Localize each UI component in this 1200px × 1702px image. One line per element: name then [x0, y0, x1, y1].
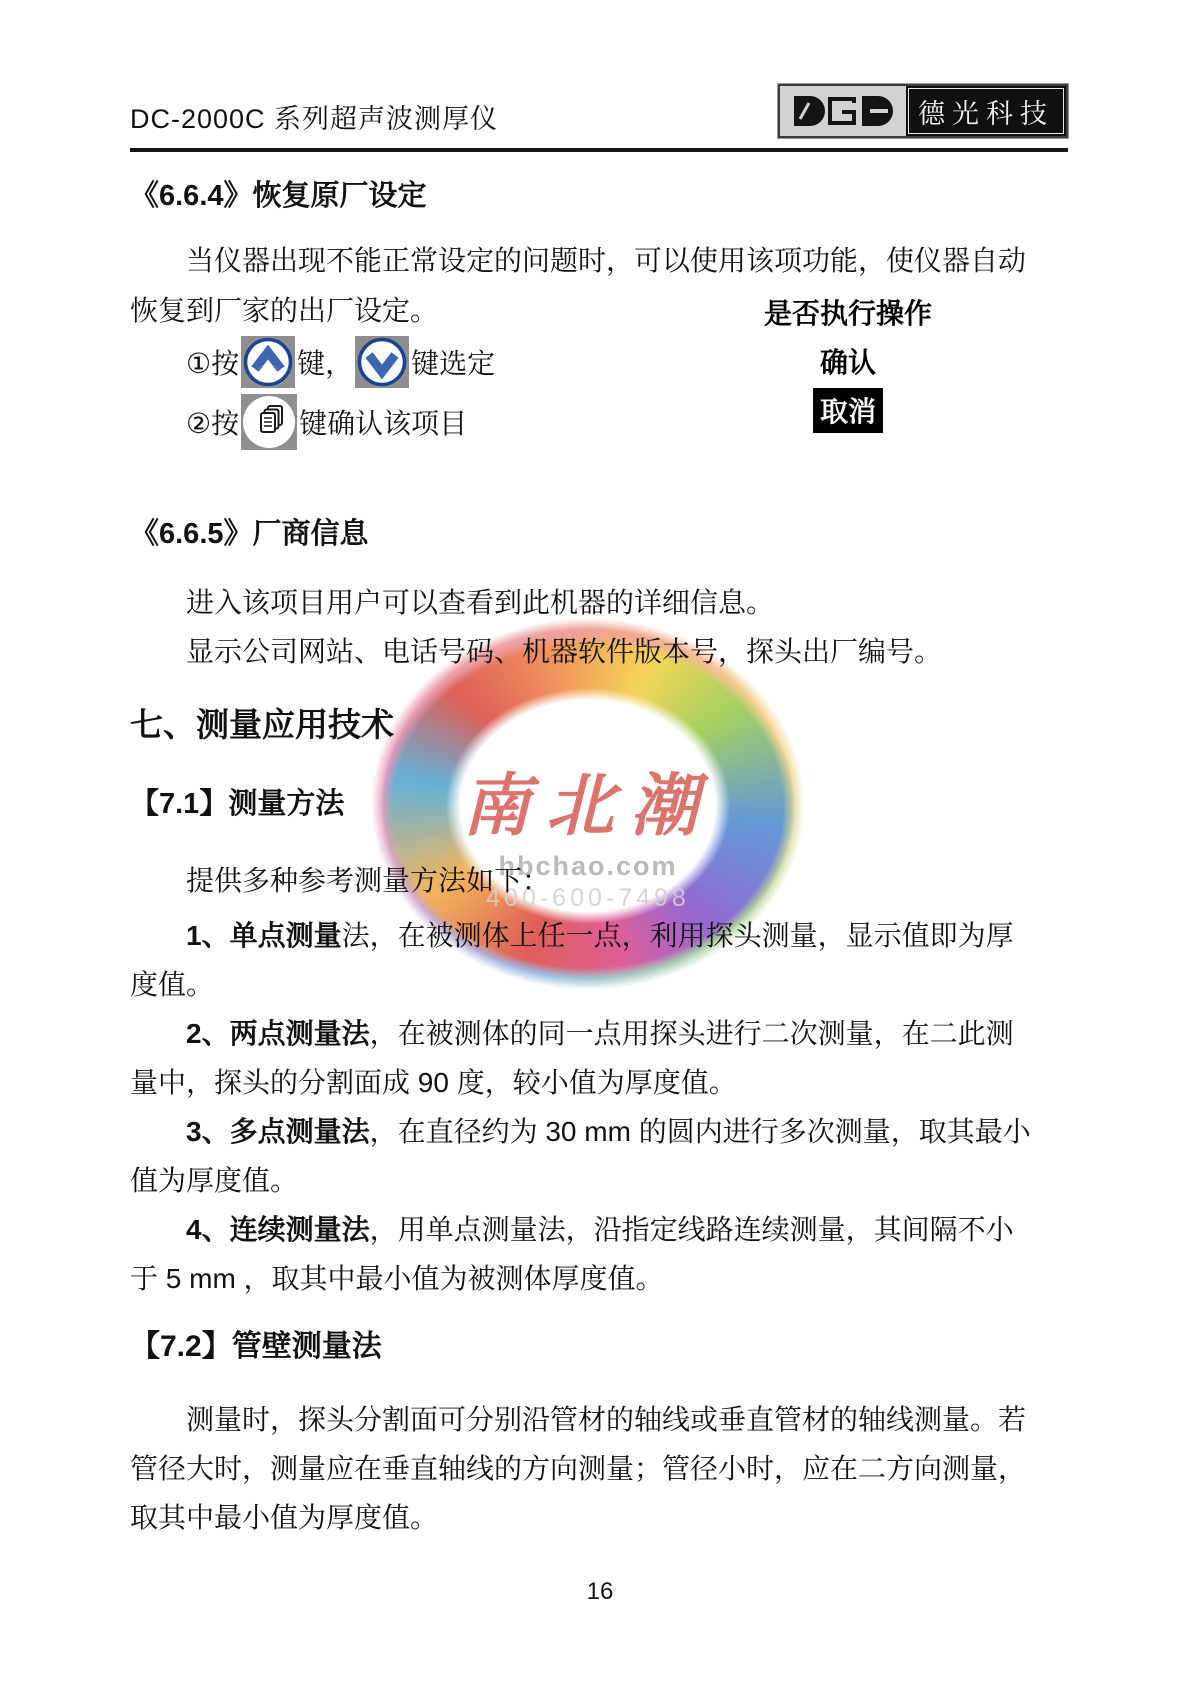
section-665-heading: 《6.6.5》厂商信息: [130, 516, 1068, 552]
method-3-term: 3、多点测量法: [186, 1116, 370, 1147]
section-665-line: 显示公司网站、电话号码、机器软件版本号，探头出厂编号。: [130, 627, 1068, 676]
step-1-mid: 键，: [297, 342, 353, 382]
list-item-line: 量中，探头的分割面成 90 度，较小值为厚度值。: [130, 1058, 1068, 1107]
measurement-method-list: 1、单点测量法，在被测体上任一点，利用探头测量，显示值即为厚 度值。 2、两点测…: [130, 911, 1068, 1303]
down-arrow-key-icon: [355, 336, 409, 388]
section-72-heading: 【7.2】管壁测量法: [130, 1329, 1068, 1365]
step-1-prefix: ①按: [186, 342, 239, 382]
logo-brand-text: 德光科技: [906, 86, 1066, 136]
step-1-suffix: 键选定: [411, 342, 495, 382]
lcd-cancel-option-selected: 取消: [813, 388, 883, 433]
list-item-line: 值为厚度值。: [130, 1156, 1068, 1205]
list-item-line: 于 5 mm ，取其中最小值为被测体厚度值。: [130, 1254, 1068, 1303]
enter-key-icon: [241, 394, 297, 450]
manual-page: 南北潮 hbchao.com 400-600-7498 是否执行操作 确认 取消…: [0, 0, 1200, 1702]
step-2-suffix: 键确认该项目: [299, 402, 467, 442]
section-665-line: 进入该项目用户可以查看到此机器的详细信息。: [130, 578, 1068, 627]
method-3-text: ，在直径约为 30 mm 的圆内进行多次测量，取其最小: [370, 1116, 1031, 1147]
method-2-text: ，在被测体的同一点用探头进行二次测量，在二此测: [370, 1018, 1014, 1049]
section-664-paragraph-line: 当仪器出现不能正常设定的问题时，可以使用该项功能，使仪器自动: [130, 236, 1068, 286]
section-72-line: 测量时，探头分割面可分别沿管材的轴线或垂直管材的轴线测量。若: [130, 1395, 1068, 1444]
lcd-cancel-wrap: 取消: [748, 388, 948, 433]
page-content: DC-2000C 系列超声波测厚仪 德光科技 《6.6.4》恢复原厂设定 当仪器…: [0, 0, 1200, 1542]
company-logo: 德光科技: [778, 84, 1068, 138]
list-item-line: 3、多点测量法，在直径约为 30 mm 的圆内进行多次测量，取其最小: [130, 1107, 1068, 1156]
section-71-heading: 【7.1】测量方法: [130, 786, 1068, 822]
method-1-text: 法，在被测体上任一点，利用探头测量，显示值即为厚: [342, 920, 1014, 951]
list-item-line: 1、单点测量法，在被测体上任一点，利用探头测量，显示值即为厚: [130, 911, 1068, 960]
section-71-intro: 提供多种参考测量方法如下：: [130, 856, 1068, 905]
method-1-term: 1、单点测量: [186, 920, 342, 951]
dgd-logo-icon: [790, 93, 896, 129]
list-item-line: 2、两点测量法，在被测体的同一点用探头进行二次测量，在二此测: [130, 1009, 1068, 1058]
method-2-term: 2、两点测量法: [186, 1018, 370, 1049]
logo-mark: [780, 86, 906, 136]
document-title: DC-2000C 系列超声波测厚仪: [130, 97, 498, 138]
page-number: 16: [0, 1578, 1200, 1606]
chapter-7-heading: 七、测量应用技术: [130, 704, 1068, 746]
page-header: DC-2000C 系列超声波测厚仪 德光科技: [130, 0, 1068, 152]
lcd-prompt-text: 是否执行操作: [748, 292, 948, 332]
up-arrow-key-icon: [241, 336, 295, 388]
section-664-heading: 《6.6.4》恢复原厂设定: [130, 178, 1068, 214]
step-2-prefix: ②按: [186, 402, 239, 442]
list-item-line: 度值。: [130, 960, 1068, 1009]
method-4-term: 4、连续测量法: [186, 1214, 370, 1245]
lcd-display-panel: 是否执行操作 确认 取消: [748, 292, 948, 433]
lcd-confirm-option: 确认: [748, 341, 948, 381]
method-4-text: ，用单点测量法，沿指定线路连续测量，其间隔不小: [370, 1214, 1014, 1245]
section-72-line: 管径大时，测量应在垂直轴线的方向测量；管径小时，应在二方向测量，: [130, 1444, 1068, 1493]
list-item-line: 4、连续测量法，用单点测量法，沿指定线路连续测量，其间隔不小: [130, 1205, 1068, 1254]
section-72-line: 取其中最小值为厚度值。: [130, 1493, 1068, 1542]
